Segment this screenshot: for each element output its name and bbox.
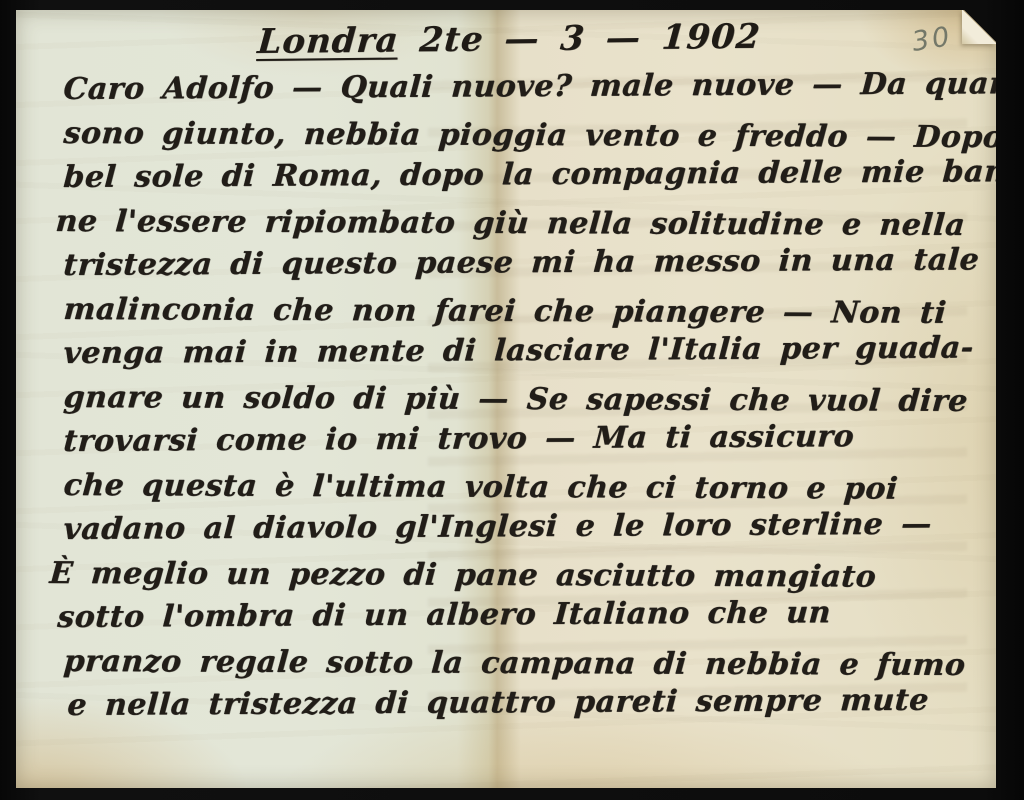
letter-body: Caro Adolfo — Quali nuove? male nuove — …: [62, 68, 980, 788]
letter-line: tristezza di questo paese mi ha messo in…: [62, 238, 983, 288]
scan-background: 30 Londra 2te — 3 — 1902 Caro Adolfo — Q…: [0, 0, 1024, 800]
dateline-date: 2te — 3 — 1902: [418, 17, 762, 61]
letter-line: e nella tristezza di quattro pareti semp…: [66, 678, 983, 728]
dateline: Londra 2te — 3 — 1902: [256, 17, 762, 62]
letter-line: Caro Adolfo — Quali nuove? male nuove — …: [62, 62, 983, 112]
letter-page: 30 Londra 2te — 3 — 1902 Caro Adolfo — Q…: [16, 10, 996, 788]
letter-line: trovarsi come io mi trovo — Ma ti assicu…: [62, 414, 983, 464]
letter-line: bel sole di Roma, dopo la compagnia dell…: [62, 150, 983, 200]
letter-line: sotto l'ombra di un albero Italiano che …: [56, 590, 983, 640]
letter-line: venga mai in mente di lasciare l'Italia …: [62, 326, 983, 376]
pencil-page-number: 30: [909, 21, 954, 58]
folded-corner: [962, 10, 996, 44]
letter-line: vadano al diavolo gl'Inglesi e le loro s…: [62, 502, 983, 552]
dateline-city: Londra: [256, 21, 400, 62]
